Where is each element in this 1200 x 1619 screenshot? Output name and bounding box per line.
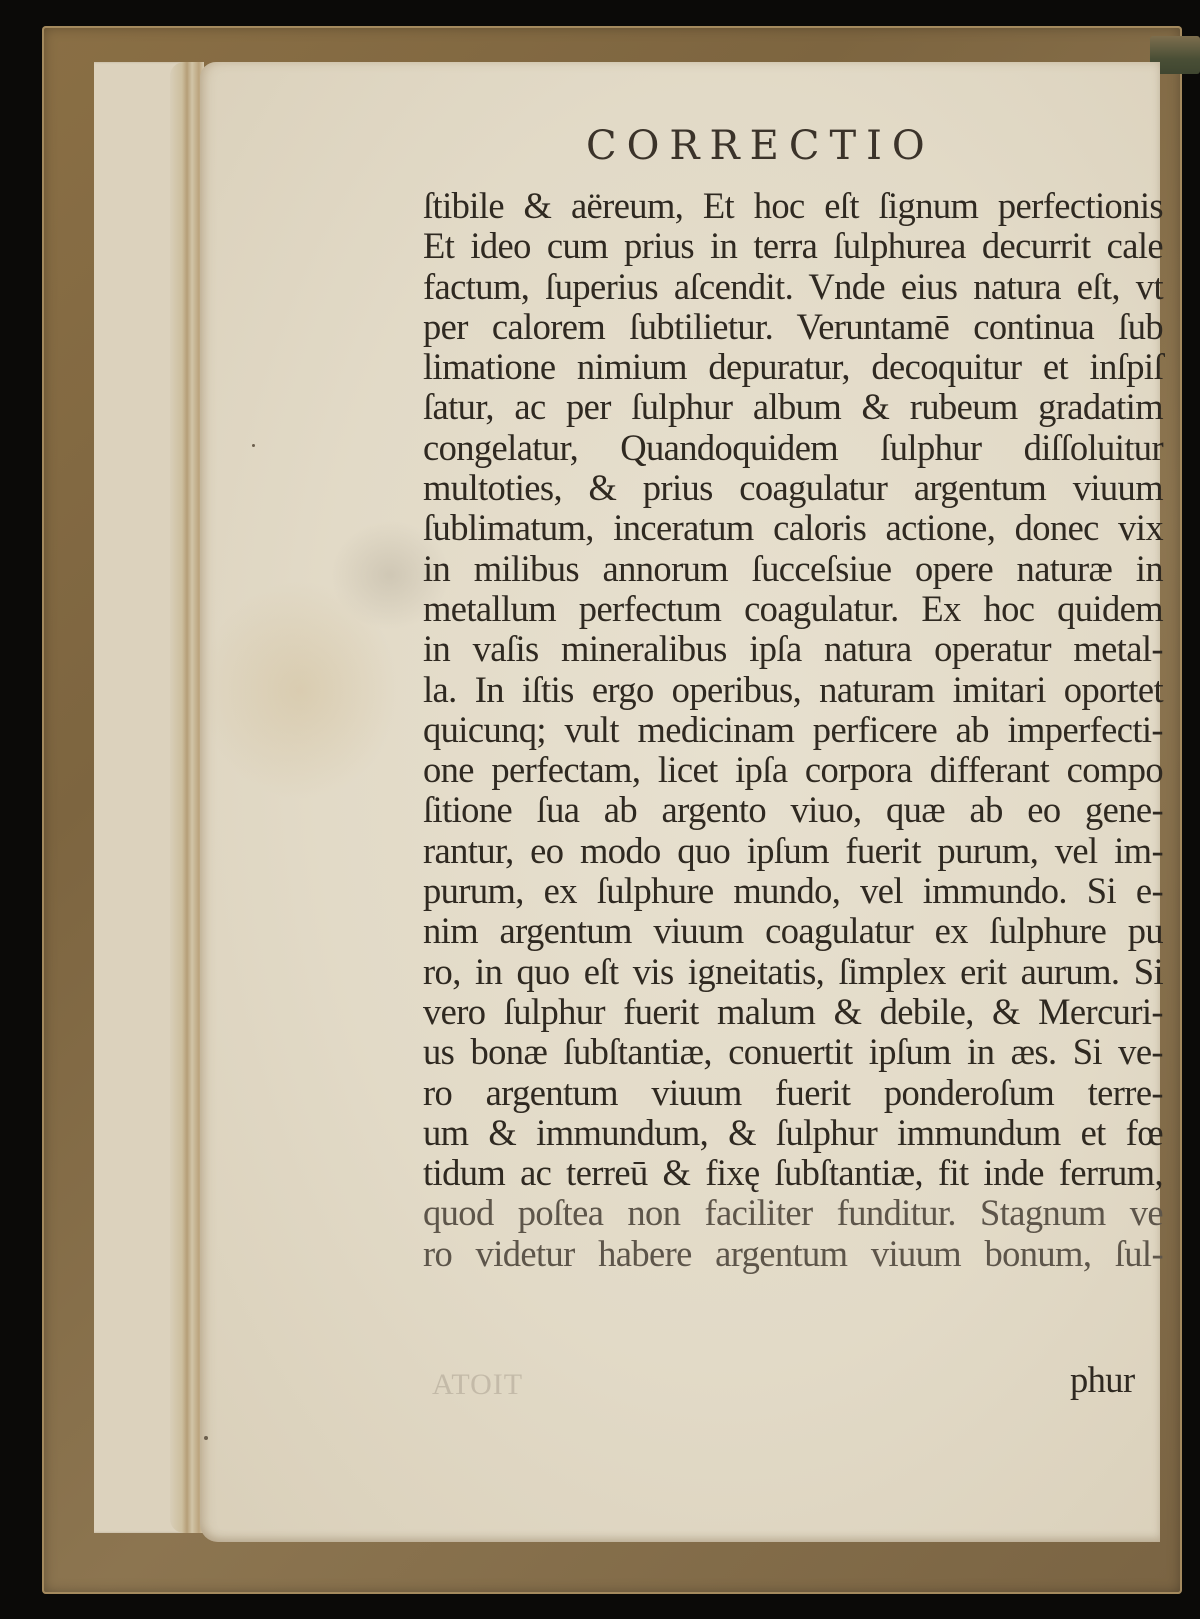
- text-line: quicunq; vult medicinam perficere ab imp…: [423, 710, 1163, 750]
- text-line: la. In iſtis ergo operibus, naturam imit…: [423, 670, 1163, 710]
- text-line: ſatur, ac per ſulphur album & rubeum gra…: [423, 387, 1163, 427]
- paper-blemish: [252, 444, 255, 447]
- body-text: ſtibile & aëreum, Et hoc eſt ſignum perf…: [423, 186, 1163, 1274]
- text-line: nim argentum viuum coagulatur ex ſulphur…: [423, 911, 1163, 951]
- text-line: purum, ex ſulphure mundo, vel immundo. S…: [423, 871, 1163, 911]
- text-line: in vaſis mineralibus ipſa natura operatu…: [423, 629, 1163, 669]
- text-line: us bonæ ſubſtantiæ, conuertit ipſum in æ…: [423, 1032, 1163, 1072]
- text-line: ro argentum viuum fuerit ponderoſum terr…: [423, 1073, 1163, 1113]
- text-line: metallum perfectum coagulatur. Ex hoc qu…: [423, 589, 1163, 629]
- text-line: Et ideo cum prius in terra ſulphurea dec…: [423, 226, 1163, 266]
- text-line: multoties, & prius coagulatur argentum v…: [423, 468, 1163, 508]
- running-head: CORRECTIO: [586, 126, 966, 166]
- text-line: per calorem ſubtilietur. Veruntamē conti…: [423, 307, 1163, 347]
- book-scan: CORRECTIO ſtibile & aëreum, Et hoc eſt ſ…: [0, 0, 1200, 1619]
- text-line: one perfectam, licet ipſa corpora differ…: [423, 750, 1163, 790]
- catchword: phur: [1070, 1358, 1135, 1401]
- page-gutter-edges: [170, 62, 204, 1533]
- text-line: vero ſulphur fuerit malum & debile, & Me…: [423, 992, 1163, 1032]
- show-through-text: ATOIT: [432, 1368, 523, 1402]
- text-line: ro, in quo eſt vis igneitatis, ſimplex e…: [423, 952, 1163, 992]
- text-line: factum, ſuperius aſcendit. Vnde eius nat…: [423, 267, 1163, 307]
- text-line: congelatur, Quandoquidem ſulphur diſſolu…: [423, 428, 1163, 468]
- text-line: ſitione ſua ab argento viuo, quæ ab eo g…: [423, 790, 1163, 830]
- text-line: um & immundum, & ſulphur immundum et fœ: [423, 1113, 1163, 1153]
- text-line: ro videtur habere argentum viuum bonum, …: [423, 1234, 1163, 1274]
- text-line: ſtibile & aëreum, Et hoc eſt ſignum perf…: [423, 186, 1163, 226]
- text-line: rantur, eo modo quo ipſum fuerit purum, …: [423, 831, 1163, 871]
- text-line: quod poſtea non faciliter funditur. Stag…: [423, 1193, 1163, 1233]
- text-line: in milibus annorum ſucceſsiue opere natu…: [423, 549, 1163, 589]
- text-line: limatione nimium depuratur, decoquitur e…: [423, 347, 1163, 387]
- text-line: ſublimatum, inceratum caloris actione, d…: [423, 508, 1163, 548]
- text-line: tidum ac terreū & fixę ſubſtantiæ, fit i…: [423, 1153, 1163, 1193]
- paper-blemish: [204, 1436, 208, 1440]
